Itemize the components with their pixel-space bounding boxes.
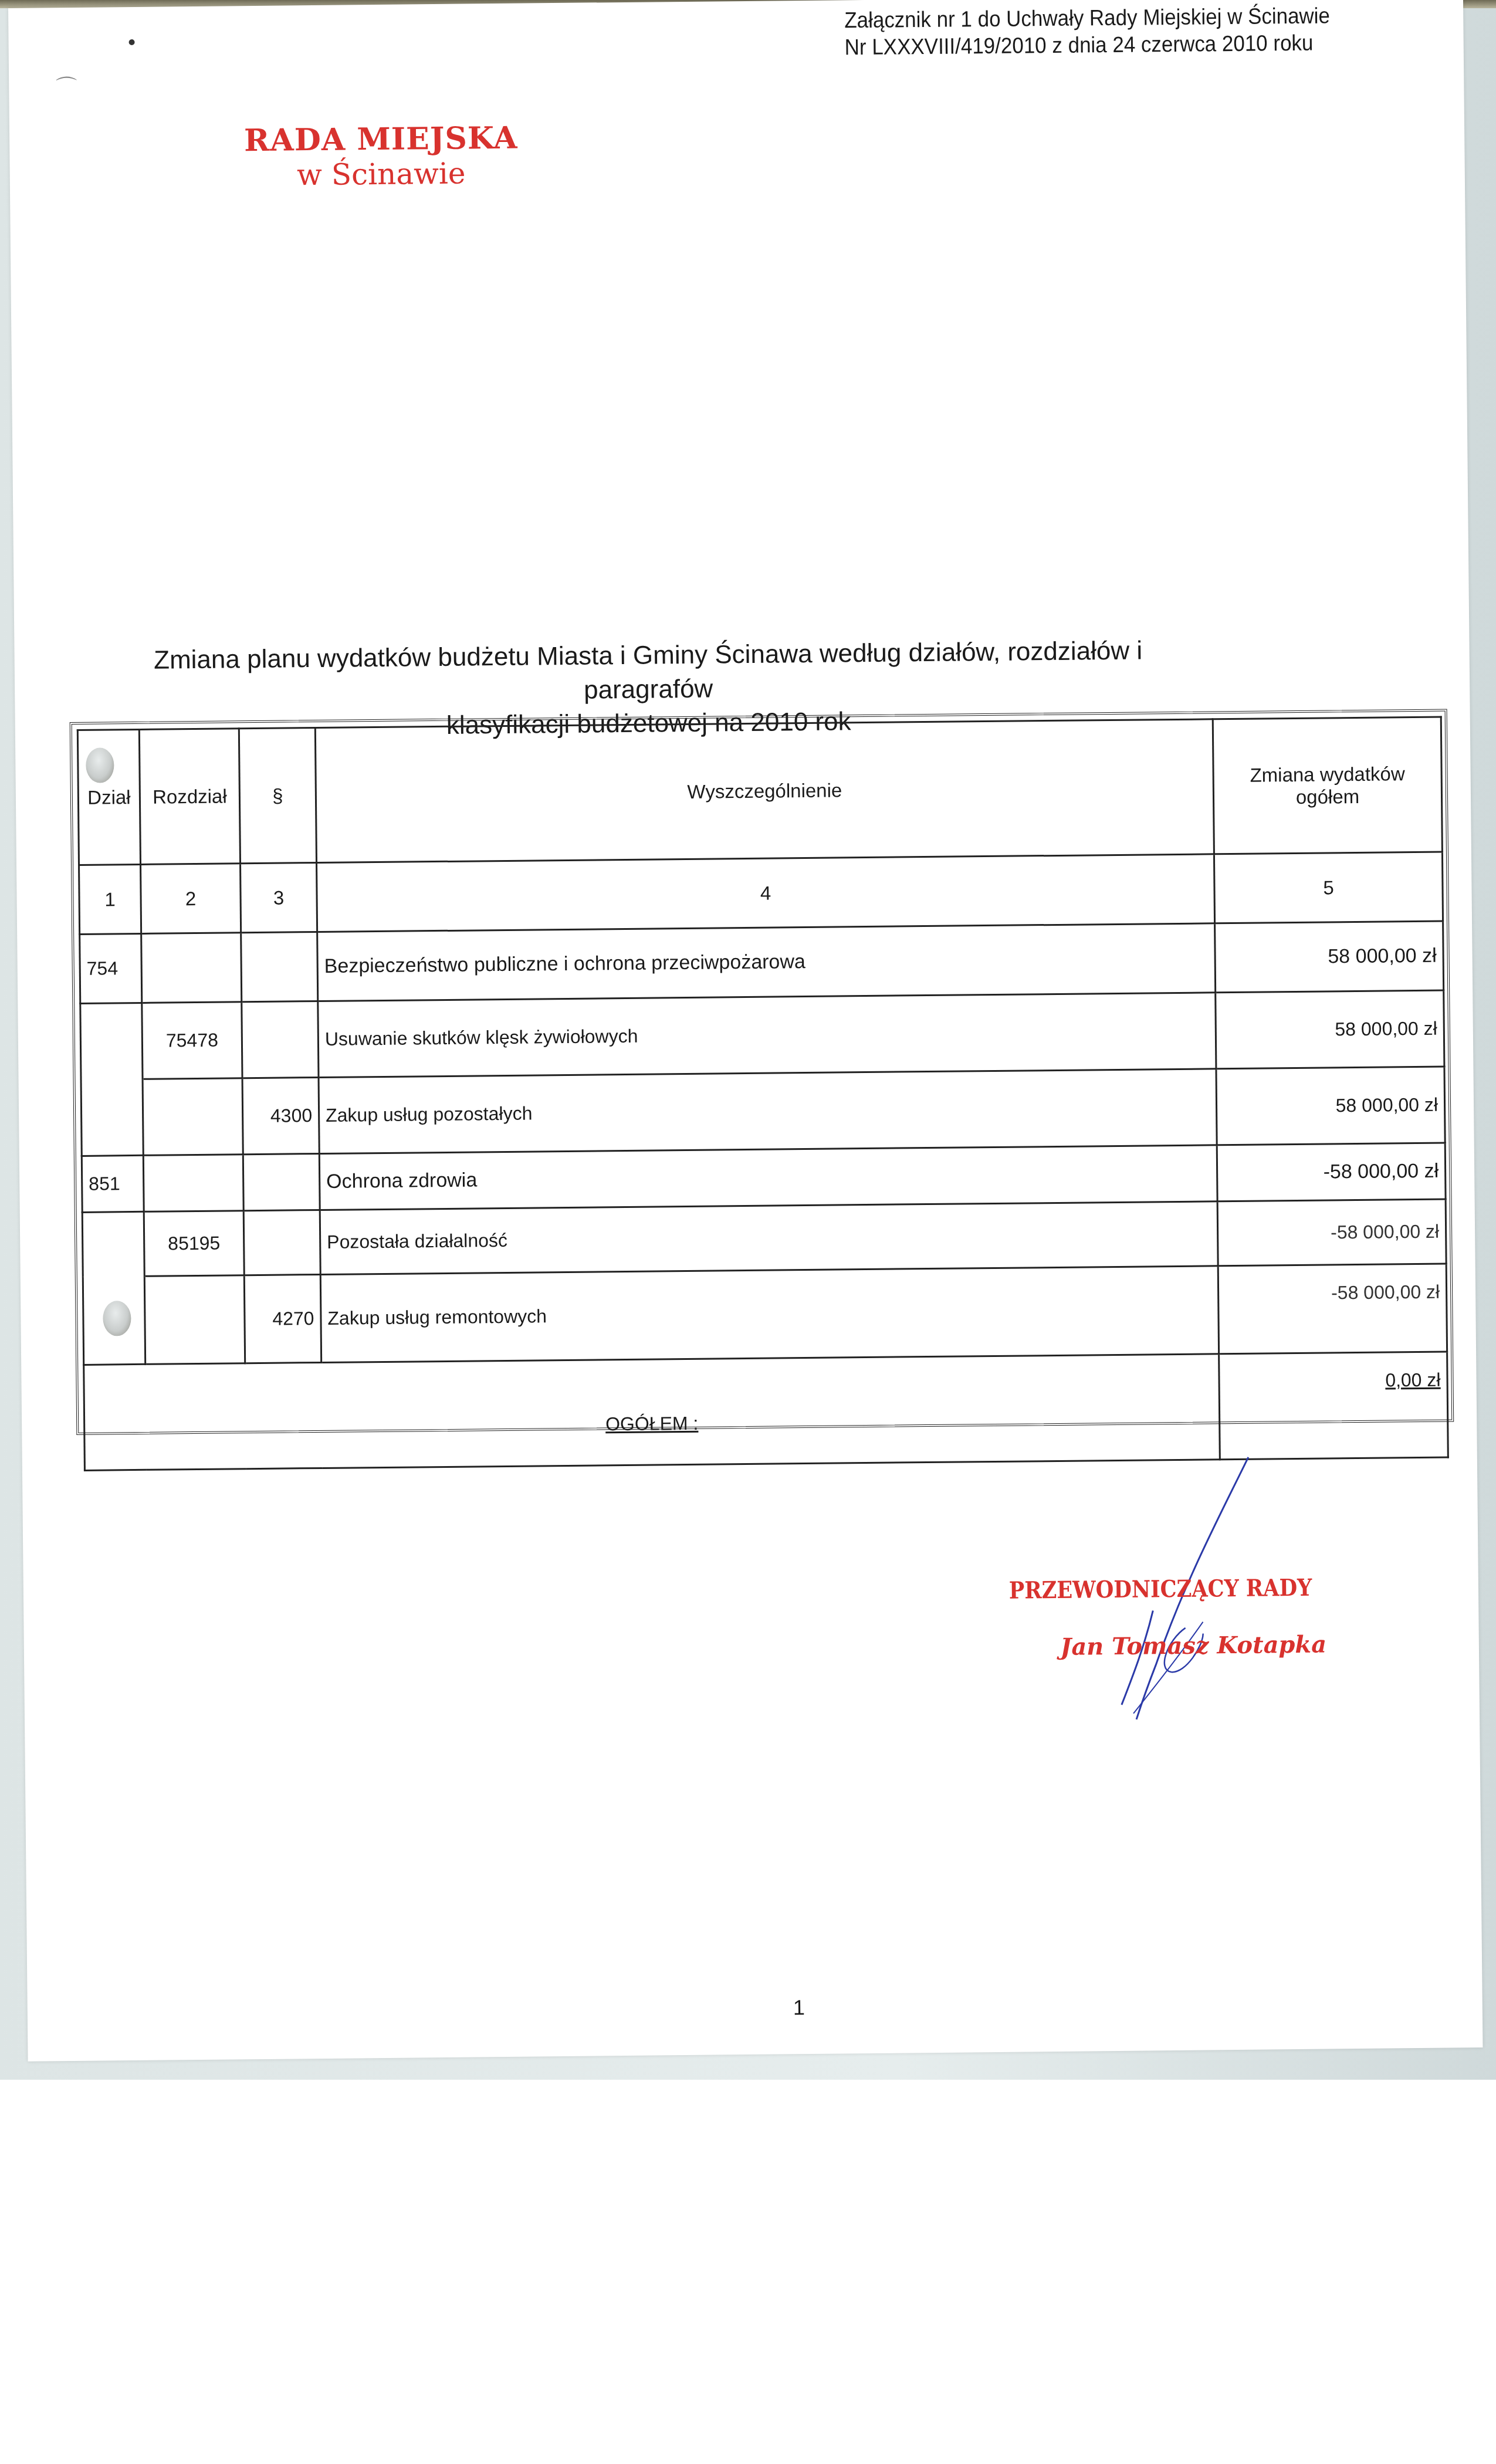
cell-paragraf	[242, 1001, 319, 1078]
council-stamp-line-1: RADA MIEJSKA	[244, 121, 518, 158]
cell-opis: Zakup usług remontowych	[320, 1266, 1219, 1363]
cell-opis: Ochrona zdrowia	[319, 1145, 1217, 1210]
column-number: 2	[141, 864, 241, 934]
table-row: 75478 Usuwanie skutków klęsk żywiołowych…	[80, 990, 1444, 1079]
cell-dzial: 754	[80, 933, 142, 1003]
cell-kwota: -58 000,00 zł	[1217, 1143, 1446, 1201]
document-title-line-1: Zmiana planu wydatków budżetu Miasta i G…	[102, 634, 1194, 712]
cell-dzial: 851	[82, 1155, 144, 1212]
total-amount: 0,00 zł	[1219, 1352, 1448, 1460]
cell-dzial	[82, 1211, 144, 1277]
header-dzial: Dział	[77, 729, 140, 865]
cell-rozdzial: 85195	[144, 1211, 244, 1277]
scanned-page: ⌒ Załącznik nr 1 do Uchwały Rady Miejski…	[8, 0, 1483, 2062]
cell-paragraf	[243, 1210, 320, 1275]
cell-rozdzial	[143, 1078, 243, 1156]
cell-paragraf: 4270	[244, 1274, 321, 1363]
cell-rozdzial: 75478	[142, 1002, 242, 1079]
cell-kwota: 58 000,00 zł	[1216, 1067, 1445, 1145]
cell-rozdzial	[143, 1155, 243, 1212]
header-kwota: Zmiana wydatków ogółem	[1213, 717, 1442, 854]
table-row: 754 Bezpieczeństwo publiczne i ochrona p…	[80, 921, 1444, 1003]
punch-hole-icon	[103, 1301, 131, 1336]
table-row: 4270 Zakup usług remontowych -58 000,00 …	[83, 1264, 1447, 1365]
column-number-row: 1 2 3 4 5	[79, 852, 1443, 934]
annex-line-2: Nr LXXXVIII/419/2010 z dnia 24 czerwca 2…	[844, 29, 1330, 61]
signature-title: PRZEWODNICZĄCY RADY	[1009, 1574, 1312, 1605]
council-stamp-line-2: w Ścinawie	[244, 156, 518, 192]
annex-reference: Załącznik nr 1 do Uchwały Rady Miejskiej…	[844, 2, 1331, 61]
header-row: Dział Rozdział § Wyszczególnienie Zmiana…	[77, 717, 1442, 865]
cell-paragraf	[243, 1153, 320, 1210]
cell-dzial	[80, 1003, 143, 1079]
ink-dot-mark	[129, 39, 135, 45]
header-rozdzial: Rozdział	[139, 729, 240, 865]
header-paragraf: §	[239, 728, 316, 864]
cell-kwota: -58 000,00 zł	[1217, 1199, 1446, 1266]
cell-kwota: 58 000,00 zł	[1215, 921, 1444, 993]
cell-kwota: -58 000,00 zł	[1218, 1264, 1447, 1354]
column-number: 4	[317, 854, 1215, 932]
annex-line-1: Załącznik nr 1 do Uchwały Rady Miejskiej…	[844, 2, 1330, 34]
budget-table: Dział Rozdział § Wyszczególnienie Zmiana…	[77, 716, 1449, 1471]
cell-kwota: 58 000,00 zł	[1216, 990, 1444, 1069]
cell-opis: Bezpieczeństwo publiczne i ochrona przec…	[317, 923, 1216, 1001]
total-label: OGÓŁEM :	[84, 1354, 1220, 1471]
column-number: 5	[1214, 852, 1443, 923]
punch-hole-icon	[86, 747, 114, 783]
header-opis: Wyszczególnienie	[315, 719, 1214, 863]
cell-rozdzial	[144, 1275, 245, 1365]
signature-name: Jan Tomasz Kotapka	[1033, 1630, 1354, 1661]
column-number: 1	[79, 864, 141, 934]
table-row: 4300 Zakup usług pozostałych 58 000,00 z…	[81, 1067, 1445, 1156]
budget-table-frame: Dział Rozdział § Wyszczególnienie Zmiana…	[70, 709, 1454, 1435]
cell-opis: Usuwanie skutków klęsk żywiołowych	[318, 993, 1216, 1078]
page-number: 1	[793, 1995, 805, 2020]
cell-dzial	[81, 1079, 143, 1156]
cell-opis: Zakup usług pozostałych	[319, 1069, 1217, 1154]
signature-block: PRZEWODNICZĄCY RADY Jan Tomasz Kotapka	[1009, 1573, 1354, 1661]
column-number: 3	[241, 863, 317, 933]
council-stamp: RADA MIEJSKA w Ścinawie	[244, 121, 518, 192]
cell-rozdzial	[141, 933, 242, 1003]
cell-paragraf: 4300	[242, 1078, 319, 1155]
cell-paragraf	[241, 932, 318, 1002]
cell-opis: Pozostała działalność	[320, 1201, 1218, 1275]
pencil-mark: ⌒	[56, 71, 77, 101]
